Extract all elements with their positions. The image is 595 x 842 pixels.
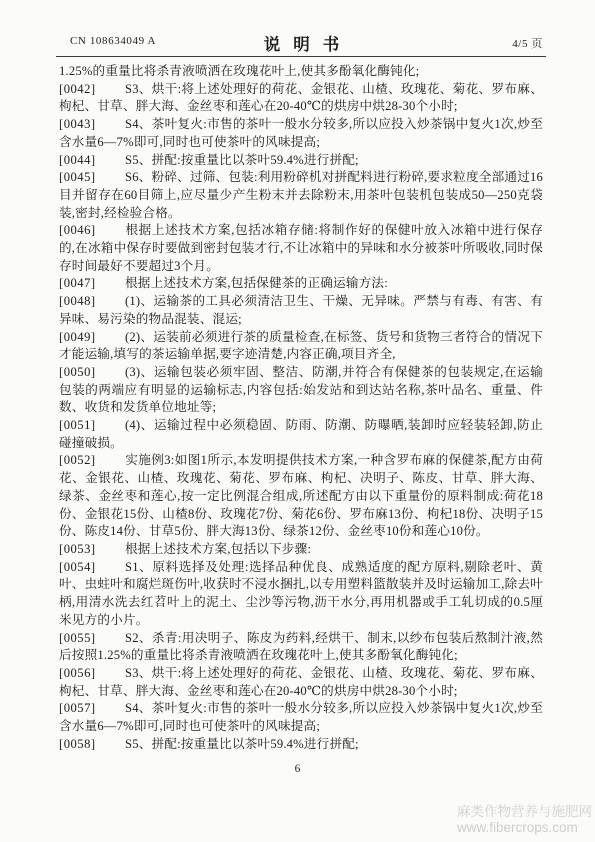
paragraph-number: [0052] — [59, 452, 125, 470]
paragraph-text: 实施例3:如图1所示,本发明提供技术方案,一种含罗布麻的保健茶,配方由荷花、金银… — [59, 453, 543, 538]
paragraph-text: 根据上述技术方案,包括以下步骤: — [125, 542, 311, 556]
paragraph-text: S6、粉碎、过筛、包装:利用粉碎机对拼配料进行粉碎,要求粒度全部通过16目并留存… — [59, 170, 543, 219]
paragraph-text: S3、烘干:将上述处理好的荷花、金银花、山楂、玫瑰花、菊花、罗布麻、枸杞、甘草、… — [59, 666, 543, 698]
paragraph-text: 根据上述技术方案,包括保健茶的正确运输方法: — [125, 276, 388, 290]
paragraph: [0045]S6、粉碎、过筛、包装:利用粉碎机对拼配料进行粉碎,要求粒度全部通过… — [59, 169, 543, 222]
paragraph-text: (2)、运装前必须进行茶的质量检查,在标签、货号和货物三者符合的情况下才能运输,… — [59, 330, 543, 362]
patent-specification-page: CN 108634049 A 说明书 4/5 页 1.25%的重量比将杀青液喷洒… — [0, 0, 595, 842]
paragraph-number: [0057] — [59, 700, 125, 718]
paragraph-text: S5、拼配:按重量比以茶叶59.4%进行拼配; — [125, 737, 359, 751]
page-footer: 6 — [0, 763, 595, 775]
paragraph: [0044]S5、拼配:按重量比以茶叶59.4%进行拼配; — [59, 152, 543, 170]
paragraph: [0042]S3、烘干:将上述处理好的荷花、金银花、山楂、玫瑰花、菊花、罗布麻、… — [59, 81, 543, 116]
page-number: 6 — [295, 763, 301, 775]
paragraph-number: [0054] — [59, 559, 125, 577]
paragraph-number: [0043] — [59, 116, 125, 134]
paragraph-text: S4、茶叶复火:市售的茶叶一般水分较多,所以应投入炒茶锅中复火1次,炒至含水量6… — [59, 117, 543, 149]
paragraph: [0046]根据上述技术方案,包括冰箱存储:将制作好的保健叶放入冰箱中进行保存的… — [59, 222, 543, 275]
paragraph: 1.25%的重量比将杀青液喷洒在玫瑰花叶上,使其多酚氧化酶钝化; — [59, 63, 543, 81]
page-header: CN 108634049 A 说明书 4/5 页 — [60, 31, 543, 51]
paragraph: [0057]S4、茶叶复火:市售的茶叶一般水分较多,所以应投入炒茶锅中复火1次,… — [59, 700, 543, 735]
watermark: 麻类作物营养与施肥网 www.fibercrops.com — [457, 804, 592, 835]
paragraph-number: [0048] — [59, 293, 125, 311]
paragraph-number: [0046] — [59, 222, 125, 240]
paragraph: [0056]S3、烘干:将上述处理好的荷花、金银花、山楂、玫瑰花、菊花、罗布麻、… — [59, 665, 543, 700]
paragraph-number: [0049] — [59, 329, 125, 347]
paragraph-text: (4)、运输过程中必须稳固、防雨、防潮、防曝晒,装卸时应轻装轻卸,防止碰撞破损。 — [59, 418, 543, 450]
patent-number: CN 108634049 A — [70, 35, 156, 47]
paragraph-text: 1.25%的重量比将杀青液喷洒在玫瑰花叶上,使其多酚氧化酶钝化; — [59, 64, 419, 78]
paragraph-text: 根据上述技术方案,包括冰箱存储:将制作好的保健叶放入冰箱中进行保存的,在冰箱中保… — [59, 223, 543, 272]
paragraph-text: S5、拼配:按重量比以茶叶59.4%进行拼配; — [125, 153, 359, 167]
paragraph: [0048](1)、运输茶的工具必须清洁卫生、干燥、无异味。严禁与有毒、有害、有… — [59, 293, 543, 328]
paragraph: [0051](4)、运输过程中必须稳固、防雨、防潮、防曝晒,装卸时应轻装轻卸,防… — [59, 417, 543, 452]
paragraph: [0052]实施例3:如图1所示,本发明提供技术方案,一种含罗布麻的保健茶,配方… — [59, 452, 543, 541]
paragraph-text: (3)、运输包装必须牢固、整洁、防潮,并符合有保健茶的包装规定,在运输包装的两端… — [59, 365, 543, 414]
paragraph-number: [0055] — [59, 630, 125, 648]
paragraph: [0055]S2、杀青:用决明子、陈皮为药料,经烘干、制末,以纱布包装后熬制汁液… — [59, 630, 543, 665]
paragraph: [0047]根据上述技术方案,包括保健茶的正确运输方法: — [59, 275, 543, 293]
paragraph-number: [0051] — [59, 417, 125, 435]
paragraph-number: [0042] — [59, 81, 125, 99]
page-indicator: 4/5 页 — [512, 35, 543, 51]
paragraph-text: S2、杀青:用决明子、陈皮为药料,经烘干、制末,以纱布包装后熬制汁液,然后按照1… — [59, 631, 543, 663]
header-divider — [56, 56, 546, 57]
paragraph: [0053]根据上述技术方案,包括以下步骤: — [59, 541, 543, 559]
watermark-site-name: 麻类作物营养与施肥网 — [457, 804, 592, 820]
paragraph: [0043]S4、茶叶复火:市售的茶叶一般水分较多,所以应投入炒茶锅中复火1次,… — [59, 116, 543, 151]
paragraph: [0054]S1、原料选择及处理:选择品种优良、成熟适度的配方原料,剔除老叶、黄… — [59, 559, 543, 630]
paragraph-number: [0056] — [59, 665, 125, 683]
watermark-site-url: www.fibercrops.com — [457, 820, 592, 836]
paragraph-number: [0053] — [59, 541, 125, 559]
paragraph: [0050](3)、运输包装必须牢固、整洁、防潮,并符合有保健茶的包装规定,在运… — [59, 364, 543, 417]
paragraph-number: [0045] — [59, 169, 125, 187]
paragraph-text: (1)、运输茶的工具必须清洁卫生、干燥、无异味。严禁与有毒、有害、有异味、易污染… — [59, 294, 543, 326]
document-title: 说明书 — [251, 31, 353, 55]
paragraph-number: [0058] — [59, 736, 125, 754]
paragraph-text: S1、原料选择及处理:选择品种优良、成熟适度的配方原料,剔除老叶、黄叶、虫蛀叶和… — [59, 560, 543, 627]
paragraph-number: [0047] — [59, 275, 125, 293]
specification-body: 1.25%的重量比将杀青液喷洒在玫瑰花叶上,使其多酚氧化酶钝化; [0042]S… — [59, 63, 543, 753]
paragraph-number: [0050] — [59, 364, 125, 382]
paragraph-text: S4、茶叶复火:市售的茶叶一般水分较多,所以应投入炒茶锅中复火1次,炒至含水量6… — [59, 701, 543, 733]
paragraph: [0049](2)、运装前必须进行茶的质量检查,在标签、货号和货物三者符合的情况… — [59, 329, 543, 364]
paragraph-number: [0044] — [59, 152, 125, 170]
paragraph: [0058]S5、拼配:按重量比以茶叶59.4%进行拼配; — [59, 736, 543, 754]
paragraph-text: S3、烘干:将上述处理好的荷花、金银花、山楂、玫瑰花、菊花、罗布麻、枸杞、甘草、… — [59, 82, 543, 114]
